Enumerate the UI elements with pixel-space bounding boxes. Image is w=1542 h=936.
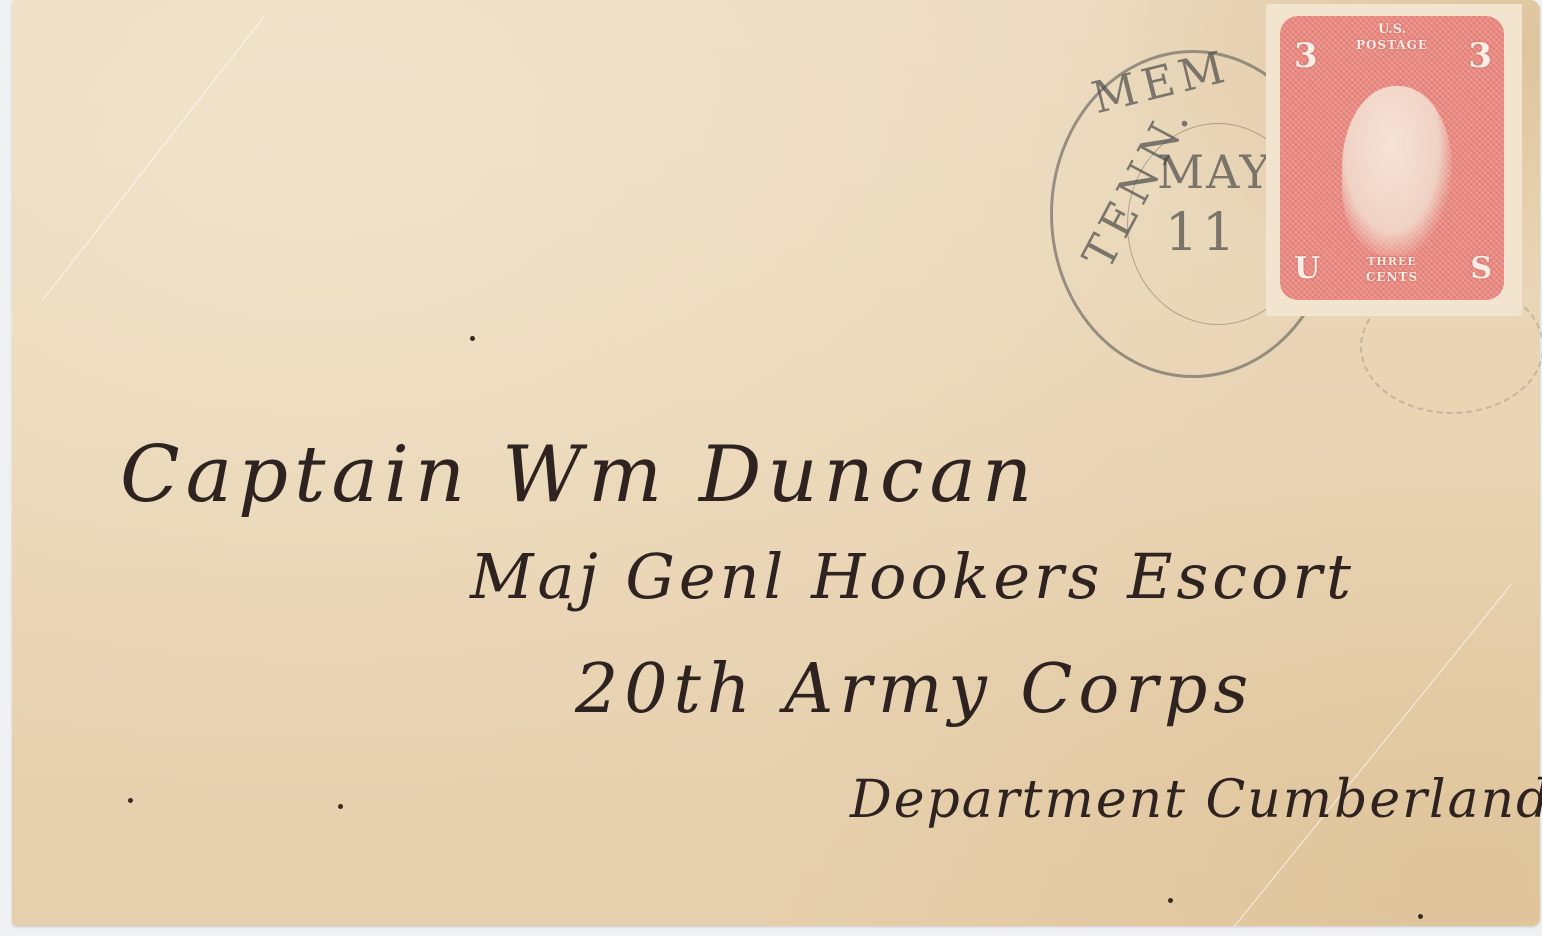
address-unit: Maj Genl Hookers Escort xyxy=(470,540,1355,613)
ink-spot xyxy=(1168,898,1173,903)
address-department: Department Cumberland xyxy=(850,770,1542,830)
washington-portrait-icon xyxy=(1342,86,1452,256)
stamp-denomination-right: 3 xyxy=(1468,36,1492,76)
flap-crease xyxy=(42,16,264,300)
address-corps: 20th Army Corps xyxy=(575,650,1254,729)
faded-printing xyxy=(42,62,582,122)
stamp-denomination-left: 3 xyxy=(1294,36,1318,76)
address-recipient: Captain Wm Duncan xyxy=(120,430,1038,520)
ink-spot xyxy=(470,336,475,341)
ink-spot xyxy=(128,798,133,803)
postage-stamp: U.S. POSTAGE 3 3 U S THREE CENTS xyxy=(1266,4,1522,316)
postmark-month: MAY xyxy=(1157,145,1272,199)
ink-spot xyxy=(338,804,343,809)
stamp-country: U.S. xyxy=(1280,22,1504,37)
stamp-value-word: THREE xyxy=(1280,255,1504,268)
postmark-day: 11 xyxy=(1165,203,1239,263)
ink-spot xyxy=(1418,914,1423,919)
stamp-value-unit: CENTS xyxy=(1280,270,1504,284)
flap-crease xyxy=(1234,584,1512,927)
stamp-engraving: U.S. POSTAGE 3 3 U S THREE CENTS xyxy=(1280,16,1504,300)
